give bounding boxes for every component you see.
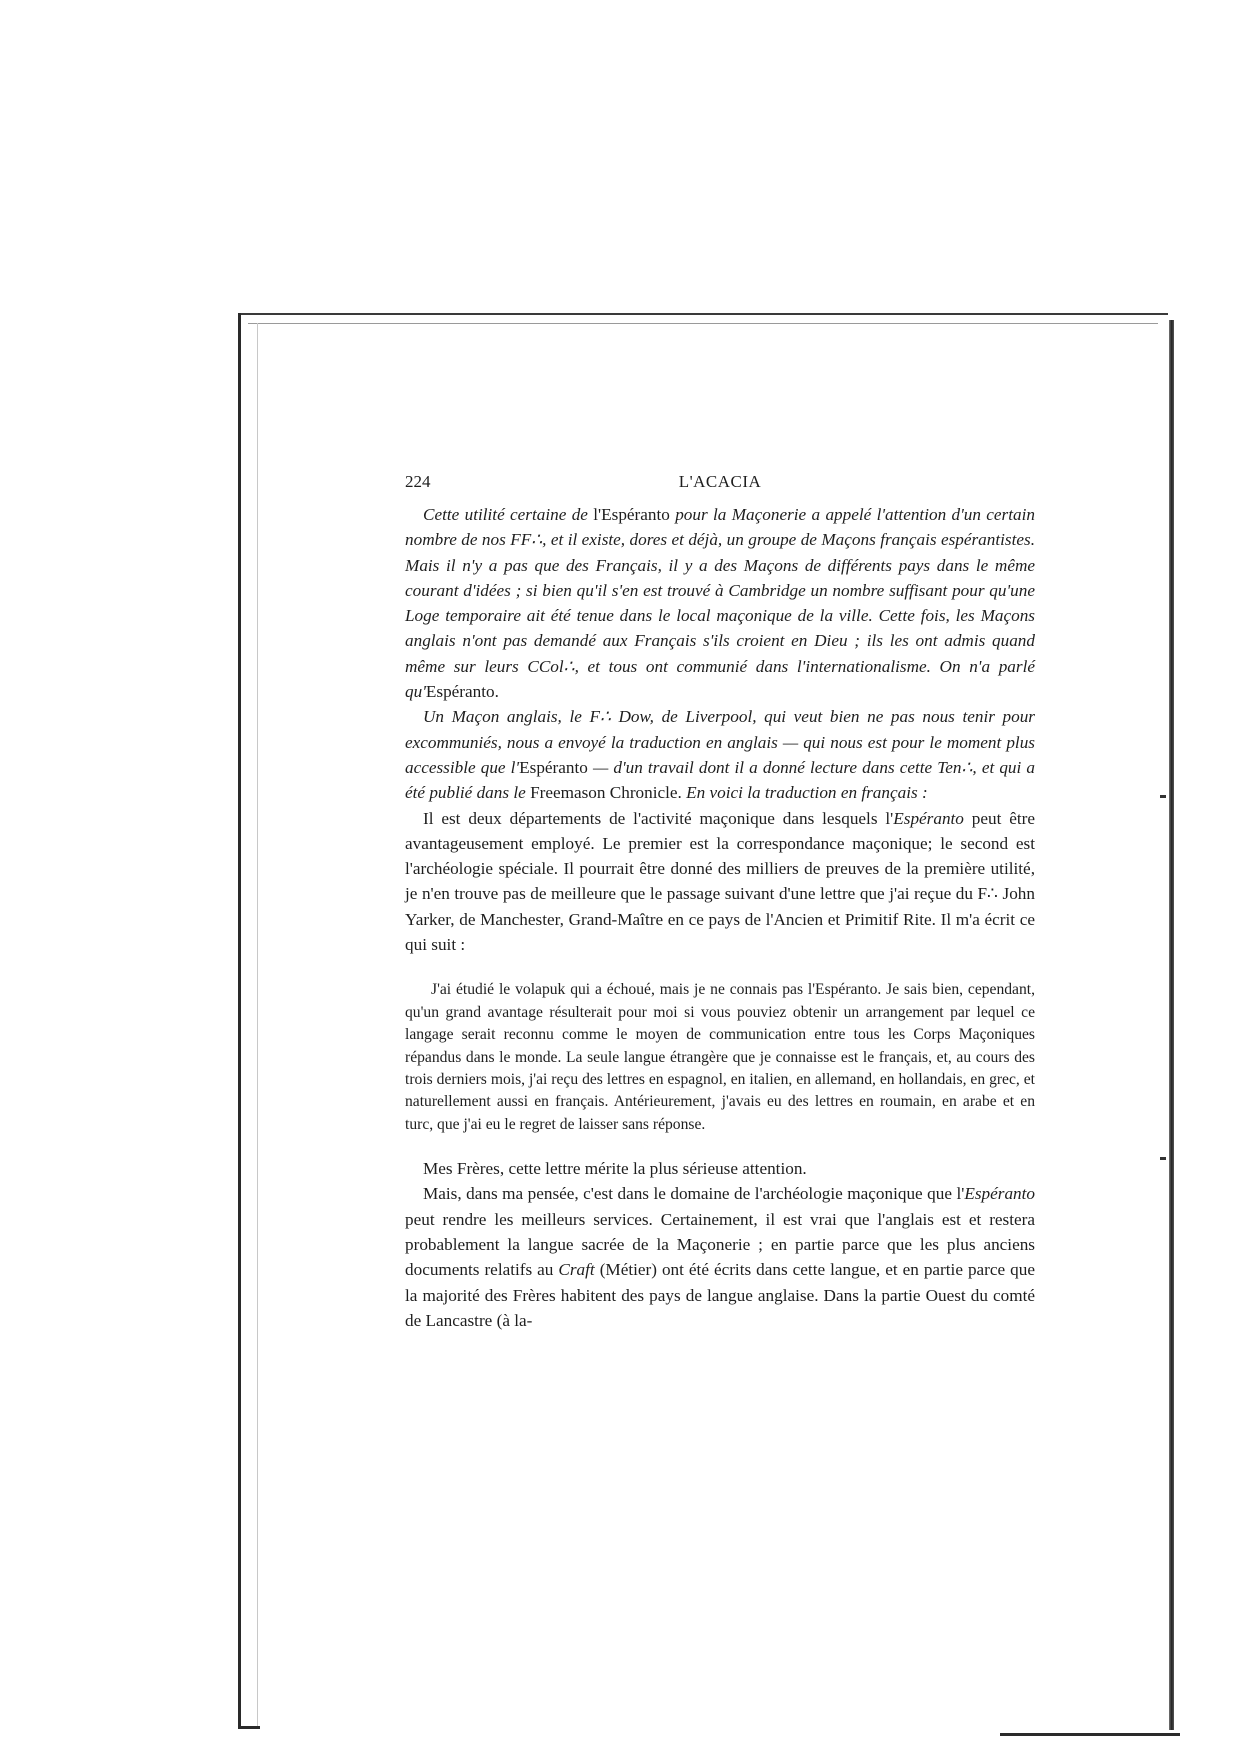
paragraph: Mes Frères, cette lettre mérite la plus … bbox=[405, 1156, 1035, 1181]
roman-text: peut être avantageusement employé. Le pr… bbox=[405, 809, 1035, 954]
roman-text: Freemason Chronicle. bbox=[530, 783, 682, 802]
closing-paragraphs: Mes Frères, cette lettre mérite la plus … bbox=[405, 1156, 1035, 1333]
margin-mark bbox=[1160, 1157, 1166, 1160]
frame-top-edge bbox=[238, 313, 1168, 315]
frame-inner-top-edge bbox=[248, 323, 1158, 324]
italic-text: En voici la traduction en français : bbox=[682, 783, 928, 802]
italic-text: Cette utilité certaine de bbox=[423, 505, 593, 524]
margin-mark bbox=[1160, 795, 1166, 798]
paragraph: Il est deux départements de l'activité m… bbox=[405, 806, 1035, 958]
roman-text: l'Espéranto bbox=[593, 505, 670, 524]
paragraph: Mais, dans ma pensée, c'est dans le doma… bbox=[405, 1181, 1035, 1333]
paragraph: Cette utilité certaine de l'Espéranto po… bbox=[405, 502, 1035, 704]
journal-title: L'ACACIA bbox=[405, 472, 1035, 492]
frame-inner-left-edge bbox=[257, 323, 258, 1728]
frame-bottom-edge bbox=[1000, 1733, 1180, 1736]
paragraph: Un Maçon anglais, le F∴ Dow, de Liverpoo… bbox=[405, 704, 1035, 805]
frame-left-edge bbox=[238, 313, 241, 1728]
roman-text: Il est deux départements de l'activité m… bbox=[423, 809, 893, 828]
roman-text: Mais, dans ma pensée, c'est dans le doma… bbox=[423, 1184, 964, 1203]
italic-text: Espéranto bbox=[893, 809, 964, 828]
italic-text: pour la Maçonerie a appelé l'attention d… bbox=[405, 505, 1035, 701]
frame-bottom-left-corner bbox=[238, 1726, 260, 1729]
italic-text: Espéranto bbox=[964, 1184, 1035, 1203]
quoted-letter: J'ai étudié le volapuk qui a échoué, mai… bbox=[405, 979, 1035, 1136]
italic-text: Craft bbox=[558, 1260, 594, 1279]
roman-text: Espéranto. bbox=[426, 682, 499, 701]
running-head: 224 L'ACACIA bbox=[405, 472, 1035, 502]
frame-right-edge bbox=[1169, 320, 1174, 1730]
roman-text: Espéranto bbox=[519, 758, 588, 777]
page-body: 224 L'ACACIA Cette utilité certaine de l… bbox=[405, 472, 1035, 1333]
roman-text: Mes Frères, cette lettre mérite la plus … bbox=[423, 1159, 807, 1178]
body-paragraphs: Cette utilité certaine de l'Espéranto po… bbox=[405, 502, 1035, 957]
